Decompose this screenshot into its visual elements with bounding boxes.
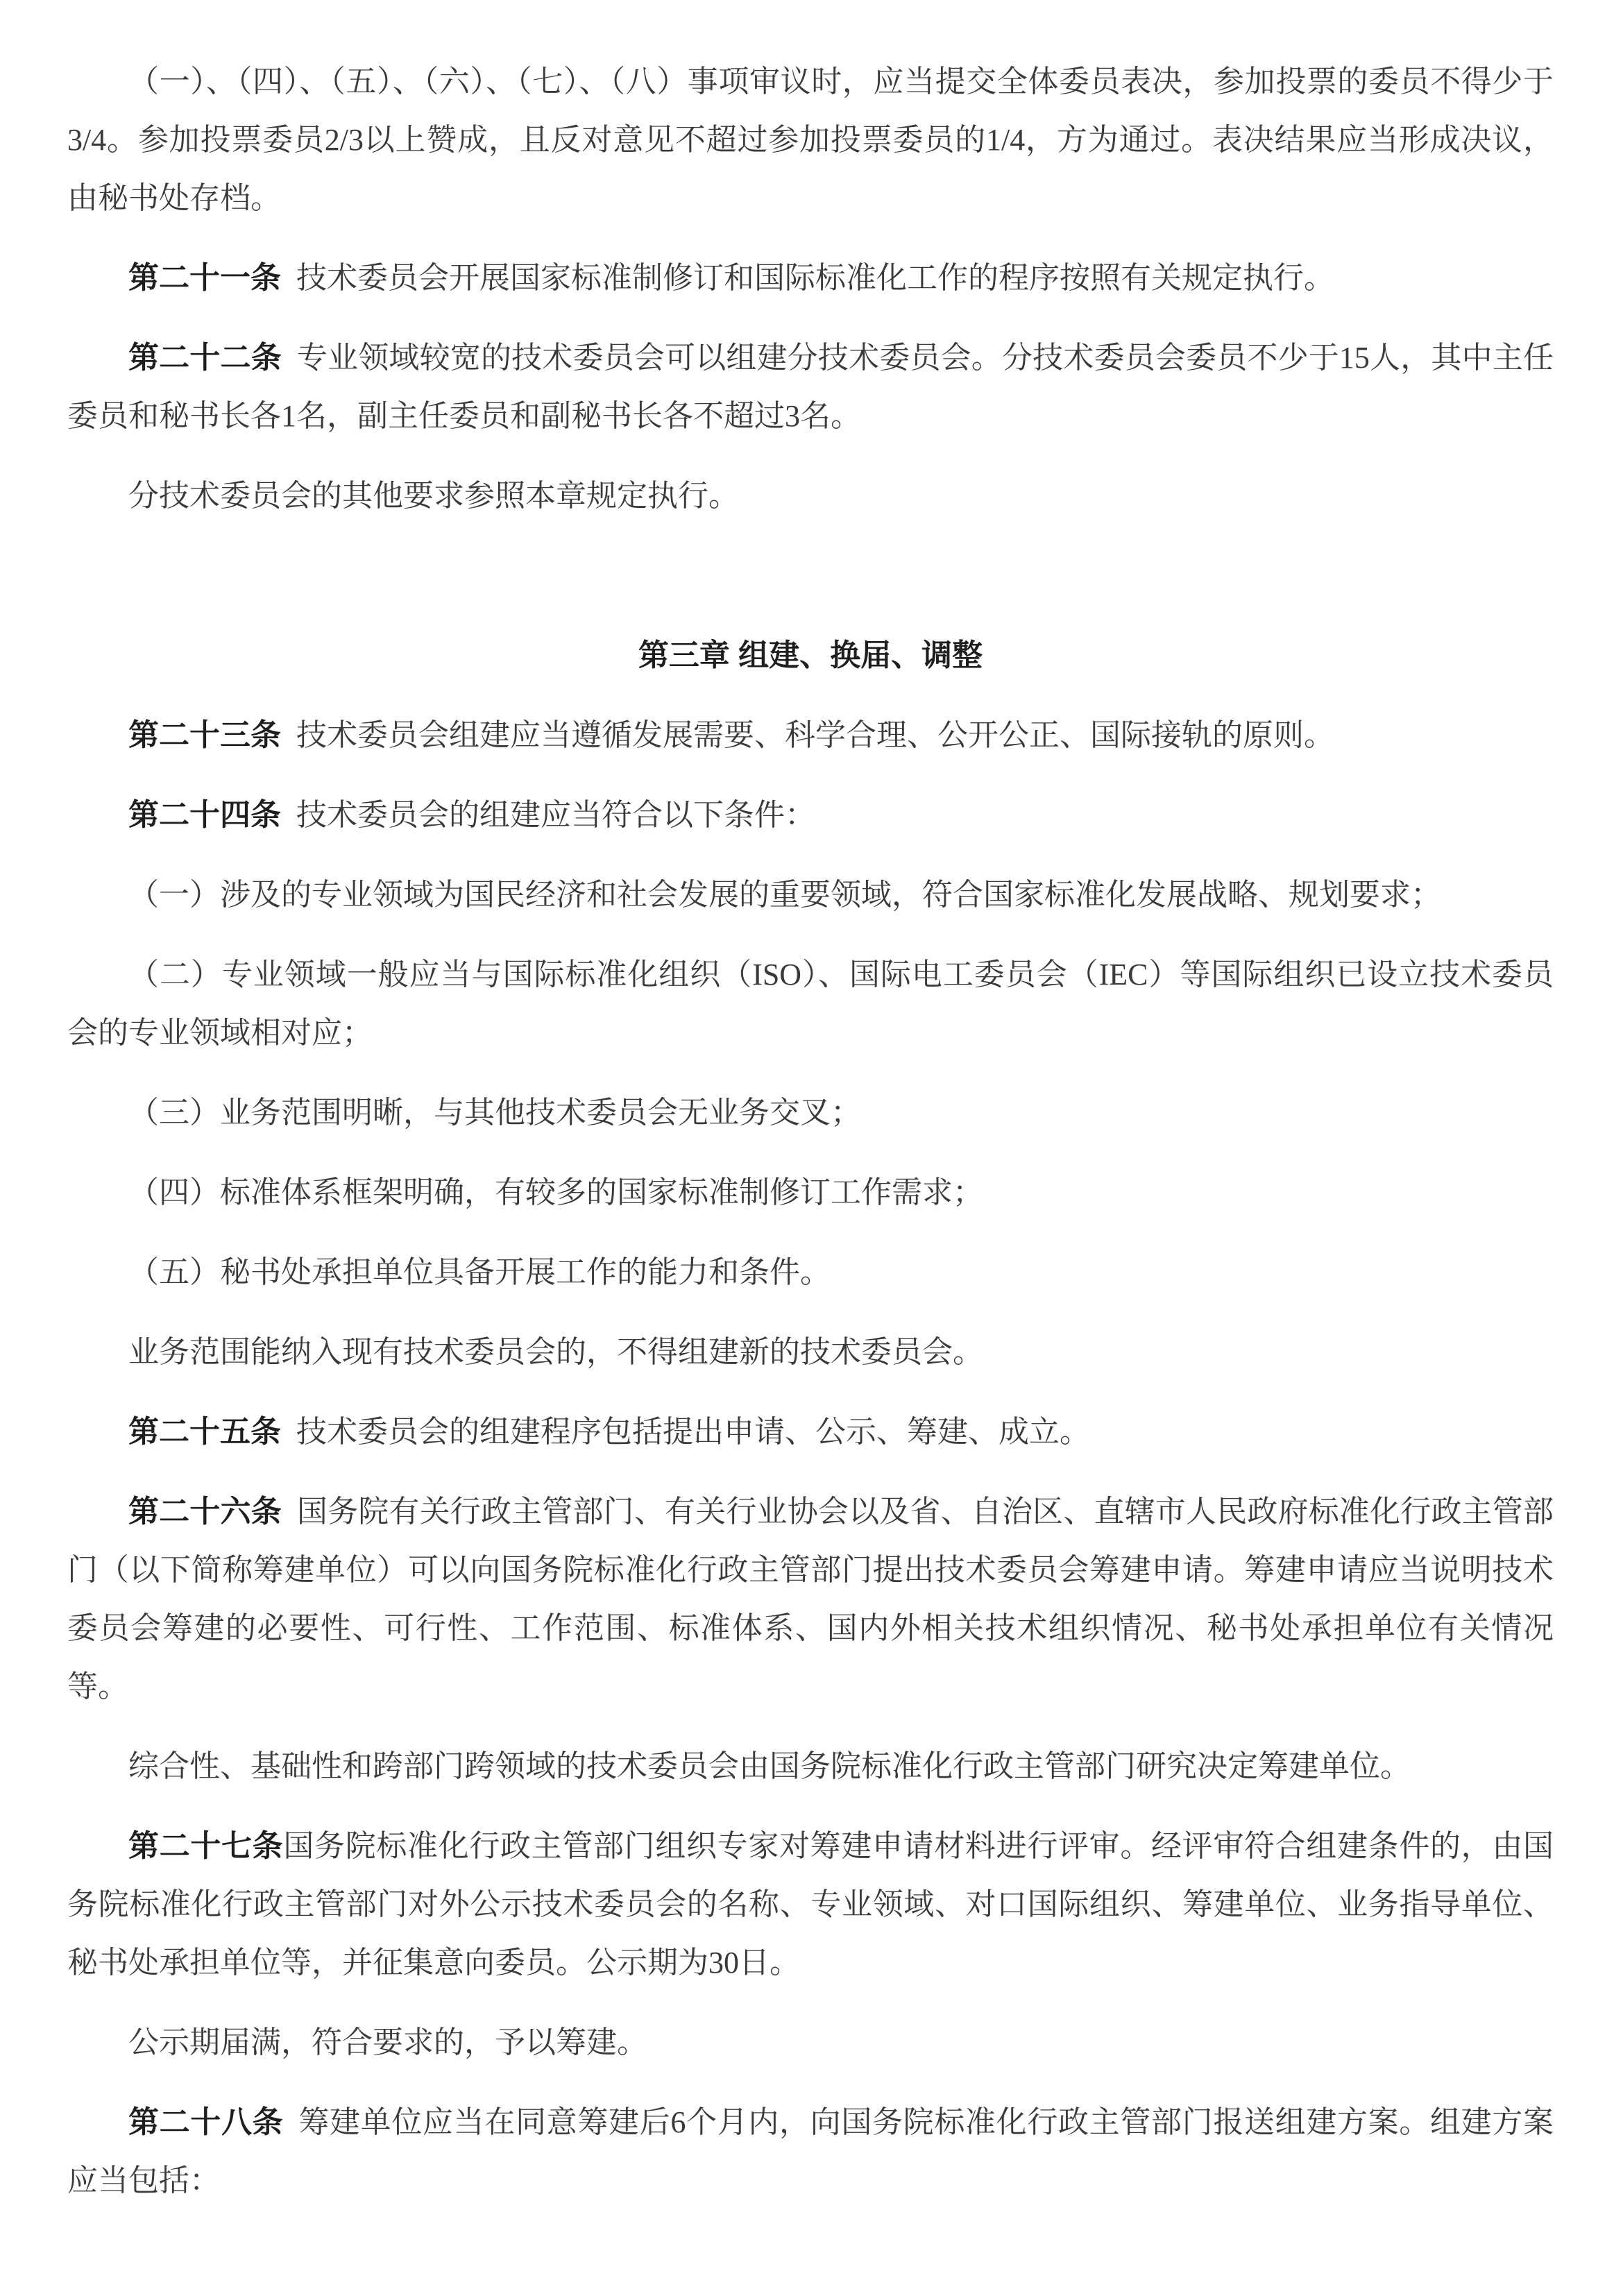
article-number: 第二十三条 [128,718,281,752]
article-paragraph: 第二十八条筹建单位应当在同意筹建后6个月内，向国务院标准化行政主管部门报送组建方… [67,2093,1554,2210]
article-paragraph: 第二十四条技术委员会的组建应当符合以下条件： [67,786,1554,844]
body-paragraph: （四）标准体系框架明确，有较多的国家标准制修订工作需求； [67,1164,1554,1222]
chapter-heading: 第三章 组建、换届、调整 [67,627,1554,685]
article-paragraph: 第二十五条技术委员会的组建程序包括提出申请、公示、筹建、成立。 [67,1403,1554,1461]
article-text: 国务院标准化行政主管部门组织专家对筹建申请材料进行评审。经评审符合组建条件的，由… [67,1829,1554,1980]
body-paragraph: （一）涉及的专业领域为国民经济和社会发展的重要领域，符合国家标准化发展战略、规划… [67,866,1554,924]
article-number: 第二十六条 [128,1495,282,1529]
article-paragraph: 第二十六条国务院有关行政主管部门、有关行业协会以及省、自治区、直辖市人民政府标准… [67,1483,1554,1716]
body-paragraph: 业务范围能纳入现有技术委员会的，不得组建新的技术委员会。 [67,1323,1554,1381]
article-text: 技术委员会组建应当遵循发展需要、科学合理、公开公正、国际接轨的原则。 [296,718,1334,752]
article-number: 第二十二条 [128,341,282,375]
body-paragraph: 综合性、基础性和跨部门跨领域的技术委员会由国务院标准化行政主管部门研究决定筹建单… [67,1737,1554,1796]
article-paragraph: 第二十三条技术委员会组建应当遵循发展需要、科学合理、公开公正、国际接轨的原则。 [67,706,1554,765]
body-paragraph: （五）秘书处承担单位具备开展工作的能力和条件。 [67,1243,1554,1302]
article-text: 专业领域较宽的技术委员会可以组建分技术委员会。分技术委员会委员不少于15人，其中… [67,341,1554,433]
document-page: （一）、（四）、（五）、（六）、（七）、（八）事项审议时，应当提交全体委员表决，… [0,0,1623,2296]
body-paragraph: （一）、（四）、（五）、（六）、（七）、（八）事项审议时，应当提交全体委员表决，… [67,53,1554,228]
body-paragraph: 分技术委员会的其他要求参照本章规定执行。 [67,467,1554,525]
body-paragraph: （三）业务范围明晰，与其他技术委员会无业务交叉； [67,1084,1554,1142]
article-text: 国务院有关行政主管部门、有关行业协会以及省、自治区、直辖市人民政府标准化行政主管… [67,1495,1554,1703]
body-paragraph: （二）专业领域一般应当与国际标准化组织（ISO）、国际电工委员会（IEC）等国际… [67,946,1554,1062]
article-paragraph: 第二十二条专业领域较宽的技术委员会可以组建分技术委员会。分技术委员会委员不少于1… [67,329,1554,445]
article-paragraph: 第二十一条技术委员会开展国家标准制修订和国际标准化工作的程序按照有关规定执行。 [67,249,1554,307]
article-number: 第二十一条 [128,261,281,295]
article-number: 第二十七条 [128,1829,283,1863]
article-paragraph: 第二十七条国务院标准化行政主管部门组织专家对筹建申请材料进行评审。经评审符合组建… [67,1817,1554,1992]
blank-line [67,547,1554,605]
article-number: 第二十八条 [128,2105,283,2139]
article-text: 技术委员会的组建程序包括提出申请、公示、筹建、成立。 [296,1415,1090,1449]
body-paragraph: 公示期届满，符合要求的，予以筹建。 [67,2014,1554,2072]
article-text: 技术委员会开展国家标准制修订和国际标准化工作的程序按照有关规定执行。 [296,261,1334,295]
article-number: 第二十五条 [128,1415,281,1449]
article-text: 技术委员会的组建应当符合以下条件： [296,798,815,832]
article-text: 筹建单位应当在同意筹建后6个月内，向国务院标准化行政主管部门报送组建方案。组建方… [67,2105,1554,2197]
article-number: 第二十四条 [128,798,281,832]
